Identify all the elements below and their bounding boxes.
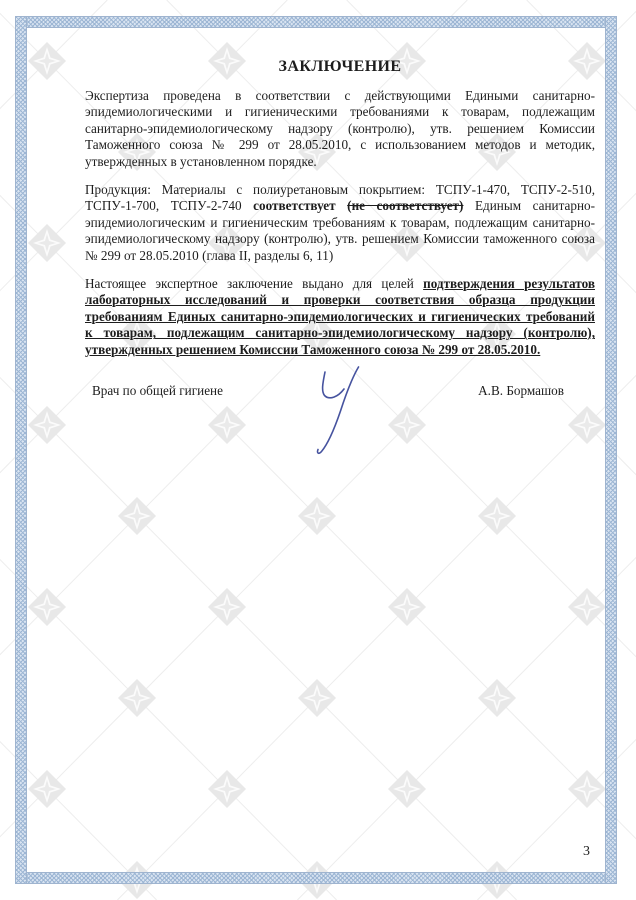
border-band-right bbox=[605, 16, 617, 884]
signatory-position-label: Врач по общей гигиене bbox=[92, 383, 223, 399]
signatory-name: А.В. Бормашов bbox=[478, 383, 564, 399]
signature-stroke-icon bbox=[285, 352, 380, 464]
border-band-left bbox=[15, 16, 27, 884]
document-page: { "page": { "number": "3" }, "colors": {… bbox=[0, 0, 636, 900]
paragraph-expertise: Экспертиза проведена в соответствии с де… bbox=[85, 88, 595, 170]
border-band-top bbox=[15, 16, 617, 28]
corresponds-text: соответствует bbox=[253, 198, 347, 213]
page-title: ЗАКЛЮЧЕНИЕ bbox=[85, 58, 595, 76]
paragraph-product: Продукция: Материалы с полиуретановым по… bbox=[85, 182, 595, 264]
paragraph-purpose: Настоящее экспертное заключение выдано д… bbox=[85, 276, 595, 358]
struck-not-corresponds-text: (не соответствует) bbox=[347, 198, 463, 213]
paragraph-purpose-prefix: Настоящее экспертное заключение выдано д… bbox=[85, 276, 423, 291]
border-band-bottom bbox=[15, 872, 617, 884]
content-area: ЗАКЛЮЧЕНИЕ Экспертиза проведена в соотве… bbox=[85, 50, 595, 399]
page-number: 3 bbox=[583, 844, 590, 860]
